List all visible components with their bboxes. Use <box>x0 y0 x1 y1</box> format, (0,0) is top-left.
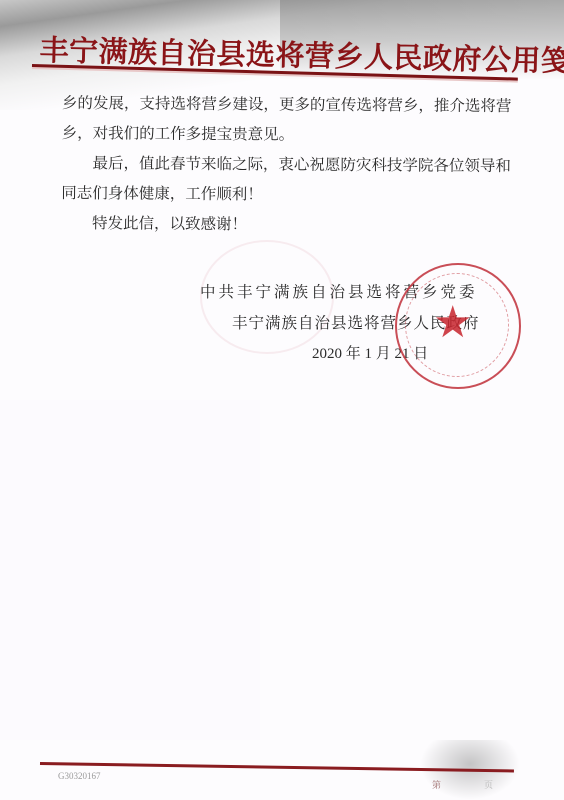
body-paragraph: 特发此信，以致感谢！ <box>61 208 511 241</box>
footer-page-number: 页 <box>484 778 493 791</box>
footer-code: G30320167 <box>58 771 101 781</box>
footer-page-label: 第 <box>432 778 441 791</box>
letter-body: 乡的发展，支持选将营乡建设，更多的宣传选将营乡，推介选将营乡，对我们的工作多提宝… <box>61 88 512 241</box>
official-seal: ★ <box>395 263 521 389</box>
body-paragraph: 乡的发展，支持选将营乡建设，更多的宣传选将营乡，推介选将营乡，对我们的工作多提宝… <box>62 88 512 151</box>
star-icon: ★ <box>433 301 472 345</box>
body-paragraph: 最后，值此春节来临之际，衷心祝愿防灾科技学院各位领导和同志们身体健康，工作顺利！ <box>61 148 511 211</box>
paper-background <box>0 400 260 740</box>
